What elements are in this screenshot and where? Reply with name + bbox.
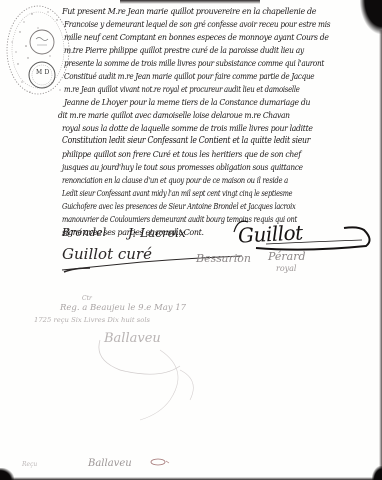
scan-edge-bottom-left bbox=[0, 468, 14, 480]
bottom-signature-prefix: Reçu bbox=[22, 461, 37, 468]
bottom-stamp-mark bbox=[150, 458, 170, 466]
notary-signature-2: Pérard bbox=[268, 250, 306, 263]
seal-stamp-icon: M D bbox=[2, 2, 70, 98]
body-line-14: renonciation en la clause d'un et quoy p… bbox=[62, 175, 288, 185]
registration-line-2: 1725 reçu Six Livres Dix huit sols bbox=[34, 316, 150, 324]
registration-line-1: Reg. a Beaujeu le 9.e May 17 bbox=[60, 303, 186, 313]
scan-edge-top bbox=[120, 0, 260, 4]
scan-edge-top-right bbox=[360, 0, 382, 34]
manuscript-page: M D Fut present M.re Jean marie quillot … bbox=[0, 0, 382, 480]
notary-signature: Bessarion bbox=[196, 252, 251, 265]
body-line-4: m.tre Pierre philippe quillot prestre cu… bbox=[64, 45, 304, 55]
body-line-5: presente la somme de trois mille livres … bbox=[64, 58, 324, 68]
body-line-13: jusques au jourd'huy le tout sous promes… bbox=[62, 162, 303, 172]
bottom-signature: Ballaveu bbox=[88, 458, 132, 469]
body-line-6: Constitué audit m.re Jean marie quillot … bbox=[64, 71, 314, 81]
body-line-8: Jeanne de Lhoyer pour la meme tiers de l… bbox=[64, 97, 310, 107]
registration-signature: Ballaveu bbox=[104, 331, 161, 346]
body-line-10: royal sous la dotte de laquelle somme de… bbox=[62, 123, 313, 133]
body-line-9: dit m.re marie quillot avec damoiselle l… bbox=[58, 110, 290, 120]
notary-title: royal bbox=[276, 264, 297, 273]
scan-edge-bottom-right bbox=[372, 466, 382, 480]
seal-inner-text: M D bbox=[36, 69, 49, 76]
body-line-15: Ledit sieur Confessant avant midy l'an m… bbox=[62, 188, 292, 198]
witness-signature-brondel: Brondel bbox=[62, 226, 106, 239]
body-line-3: mille neuf cent Comptant en bonnes espec… bbox=[64, 32, 329, 42]
body-line-1: Fut present M.re Jean marie quillot prou… bbox=[62, 6, 316, 16]
witness-signature-lacroix: J: Lacroix bbox=[128, 226, 186, 240]
control-mark: Ctr bbox=[82, 295, 92, 302]
body-line-2: Francoise y demeurant lequel de son gré … bbox=[64, 19, 330, 29]
body-line-12: philippe quillot son frere Curé et tous … bbox=[62, 149, 301, 159]
body-line-7: m.re Jean quillot vivant not.re royal et… bbox=[64, 84, 300, 94]
main-signature: Guillot bbox=[237, 220, 303, 247]
body-line-11: Constitution ledit sieur Confessant le C… bbox=[62, 136, 310, 146]
